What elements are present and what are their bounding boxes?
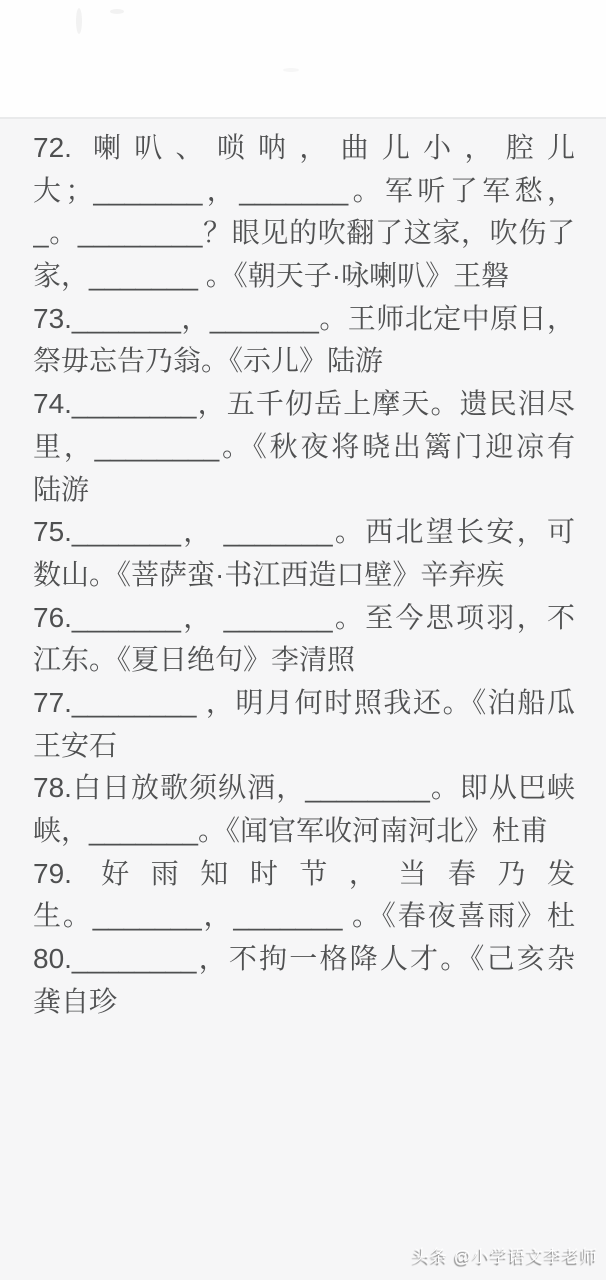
item-74-line-3: 陆游 bbox=[33, 469, 575, 512]
item-75-line-2: 数山。《菩萨蛮·书江西造口壁》辛弃疾 bbox=[33, 554, 575, 597]
item-72-line-3: _。________？眼见的吹翻了这家，吹伤了那 bbox=[33, 212, 575, 255]
item-72-line-4: 家，_______ 。《朝天子·咏喇叭》王磐 bbox=[33, 255, 575, 298]
erased-mark bbox=[110, 9, 124, 14]
worksheet-page: 72. 喇叭、唢呐，曲儿小，腔儿 大；_______，_______。军听了军愁… bbox=[0, 0, 606, 1280]
item-79-line-2: 生。_______，_______ 。《春夜喜雨》杜甫 bbox=[33, 895, 575, 938]
item-78-line-2: 峡，_______。《闻官军收河南河北》杜甫 bbox=[33, 810, 575, 853]
item-76-line-1: 76._______， _______。至今思项羽，不肯过 bbox=[33, 597, 575, 640]
item-77-line-2: 王安石 bbox=[33, 725, 575, 768]
item-80-line-1: 80.________，不拘一格降人才。《己亥杂诗》 bbox=[33, 938, 575, 981]
erased-mark bbox=[76, 8, 82, 34]
top-blank-band bbox=[0, 0, 606, 117]
toutiao-watermark: 头条 @小学语文李老师 bbox=[412, 1242, 598, 1267]
item-72-line-1: 72. 喇叭、唢呐，曲儿小，腔儿 bbox=[33, 127, 575, 170]
item-77-line-1: 77.________ ，明月何时照我还。《泊船瓜州》 bbox=[33, 682, 575, 725]
item-76-line-2: 江东。《夏日绝句》李清照 bbox=[33, 639, 575, 682]
item-73-line-1: 73._______，_______。王师北定中原日，家 bbox=[33, 298, 575, 341]
exercise-list: 72. 喇叭、唢呐，曲儿小，腔儿 大；_______，_______。军听了军愁… bbox=[0, 119, 606, 1280]
item-74-line-1: 74.________，五千仞岳上摩天。遗民泪尽胡尘 bbox=[33, 383, 575, 426]
item-74-line-2: 里，________。《秋夜将晓出篱门迎凉有感》 bbox=[33, 426, 575, 469]
item-80-line-2: 龚自珍 bbox=[33, 981, 575, 1024]
item-72-line-2: 大；_______，_______。军听了军愁，______ bbox=[33, 170, 575, 213]
item-75-line-1: 75._______， _______。西北望长安，可怜无 bbox=[33, 511, 575, 554]
item-73-line-2: 祭毋忘告乃翁。《示儿》陆游 bbox=[33, 340, 575, 383]
item-78-line-1: 78.白日放歌须纵酒，________。即从巴峡穿巫 bbox=[33, 767, 575, 810]
item-79-line-1: 79. 好雨知时节，当春乃发 bbox=[33, 853, 575, 896]
erased-mark bbox=[283, 68, 299, 72]
